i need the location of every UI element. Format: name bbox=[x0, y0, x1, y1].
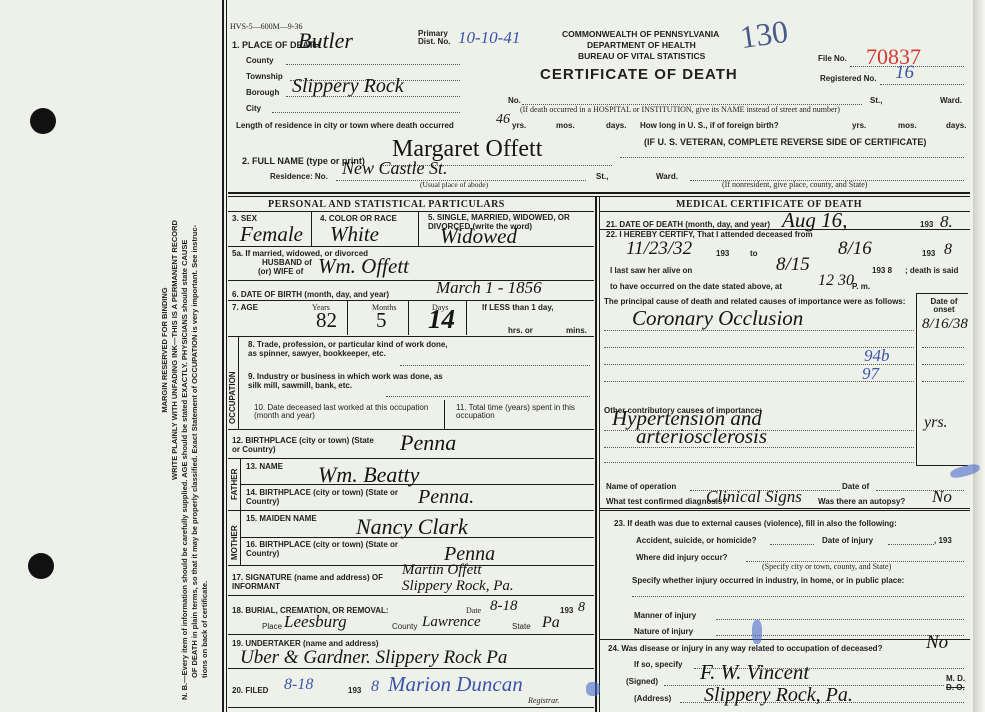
rule bbox=[240, 484, 594, 485]
burial-year-suffix: 8 bbox=[578, 600, 585, 616]
residence-subnote: (Usual place of abode) bbox=[420, 180, 488, 189]
age-label: 7. AGE bbox=[232, 303, 258, 312]
rule bbox=[228, 458, 594, 459]
rule bbox=[347, 301, 348, 335]
where-injury-note: (Specify city or town, county, and State… bbox=[762, 562, 891, 571]
foreign-birth-label: How long in U. S., if of foreign birth? bbox=[640, 121, 779, 130]
informant-address: Slippery Rock, Pa. bbox=[402, 578, 514, 595]
county-label: County bbox=[246, 56, 274, 65]
borough-label: Borough bbox=[246, 88, 279, 97]
father-name-label: 13. NAME bbox=[246, 462, 283, 471]
center-divider bbox=[595, 197, 597, 712]
registrar-label: Registrar. bbox=[528, 696, 559, 705]
foreign-days-label: days. bbox=[946, 121, 966, 130]
burial-county-value: Lawrence bbox=[422, 614, 481, 631]
father-birthplace-label: 14. BIRTHPLACE (city or town) (State or … bbox=[246, 488, 426, 506]
q8-line bbox=[400, 365, 590, 366]
burial-county-label: County bbox=[392, 622, 417, 631]
mother-vertical-label: MOTHER bbox=[230, 525, 239, 560]
rule bbox=[240, 537, 594, 538]
margin-rule bbox=[222, 0, 224, 712]
registered-no-label: Registered No. bbox=[820, 74, 876, 83]
rule bbox=[408, 301, 409, 335]
filed-year-suffix: 8 bbox=[371, 678, 379, 696]
dob-value: March 1 - 1856 bbox=[436, 278, 542, 298]
foreign-mos-label: mos. bbox=[898, 121, 917, 130]
ink-stain bbox=[586, 682, 600, 696]
to-year-prefix: 193 bbox=[922, 249, 935, 258]
manner-of-injury-label: Manner of injury bbox=[634, 611, 696, 620]
burial-date-value: 8-18 bbox=[490, 598, 518, 615]
death-certificate-page: MARGIN RESERVED FOR BINDING WRITE PLAINL… bbox=[0, 0, 985, 712]
injury-year: , 193 bbox=[934, 536, 952, 545]
primary-dist-value: 10-10-41 bbox=[458, 28, 520, 48]
full-name-line-2 bbox=[620, 157, 964, 158]
mins-label: mins. bbox=[566, 326, 587, 335]
rule bbox=[228, 595, 594, 596]
age-years-value: 82 bbox=[316, 308, 337, 333]
registered-no-value: 16 bbox=[895, 62, 914, 84]
test-confirmed-value: Clinical Signs bbox=[706, 487, 802, 507]
onset-line-2 bbox=[922, 347, 964, 348]
other-onset-value: yrs. bbox=[924, 414, 948, 432]
street-st-label: St., bbox=[870, 96, 882, 105]
filed-label: 20. FILED bbox=[232, 686, 268, 695]
undertaker-value: Uber & Gardner. Slippery Rock Pa bbox=[240, 647, 507, 669]
age-months-value: 5 bbox=[376, 308, 387, 333]
binder-hole-bottom bbox=[28, 553, 54, 579]
county-line bbox=[286, 64, 460, 65]
onset-box-left bbox=[916, 293, 917, 465]
rule bbox=[228, 336, 594, 337]
ink-stain bbox=[752, 620, 762, 644]
borough-value: Slippery Rock bbox=[292, 75, 404, 98]
do-label: D. O. bbox=[946, 683, 965, 692]
hrs-label: hrs. or bbox=[508, 326, 533, 335]
rule bbox=[418, 212, 419, 246]
q24-occupation-related: 24. Was disease or injury in any way rel… bbox=[608, 644, 882, 653]
manner-line bbox=[716, 619, 964, 620]
residence-st-label: St., bbox=[596, 172, 608, 181]
residence-value: New Castle St. bbox=[342, 158, 448, 179]
rule bbox=[600, 639, 970, 640]
last-saw-value: 8/15 bbox=[776, 254, 810, 276]
rule bbox=[228, 300, 594, 301]
to-year-suffix: 8 bbox=[944, 241, 952, 259]
margin-line-5: tions on back of certificate. bbox=[200, 0, 210, 700]
section-rule-top bbox=[228, 192, 970, 194]
onset-value: 8/16/38 bbox=[922, 316, 968, 333]
specify-injury-label: Specify whether injury occurred in indus… bbox=[632, 576, 904, 585]
street-no-label: No. bbox=[508, 96, 521, 105]
header-commonwealth: COMMONWEALTH OF PENNSYLVANIA bbox=[562, 29, 719, 39]
margin-line-3: N. B.—Every item of information should b… bbox=[180, 0, 190, 700]
autopsy-value: No bbox=[932, 487, 952, 507]
other-line-2 bbox=[604, 447, 914, 448]
q24-answer: No bbox=[926, 632, 948, 654]
spouse-label-2: HUSBAND of bbox=[262, 258, 312, 267]
hospital-note: (If death occurred in a HOSPITAL or INST… bbox=[520, 105, 840, 114]
physician-address-label: (Address) bbox=[634, 694, 671, 703]
rule bbox=[311, 212, 312, 246]
where-injury-label: Where did injury occur? bbox=[636, 553, 728, 562]
last-saw-year: 193 8 bbox=[872, 266, 892, 275]
mother-birthplace-label: 16. BIRTHPLACE (city or town) (State or … bbox=[246, 540, 426, 558]
filed-date-value: 8-18 bbox=[284, 676, 313, 694]
address-line bbox=[680, 702, 964, 703]
rule bbox=[228, 668, 594, 669]
cause-line-4 bbox=[604, 381, 914, 382]
md-label: M. D. bbox=[946, 674, 965, 683]
informant-name: Martin Offett bbox=[402, 562, 482, 579]
certificate-title: CERTIFICATE OF DEATH bbox=[540, 66, 738, 83]
onset-box-bottom bbox=[916, 465, 968, 466]
residence-years-value: 46 bbox=[496, 112, 510, 128]
if-so-label: If so, specify bbox=[634, 660, 682, 669]
cause-line-1 bbox=[604, 330, 914, 331]
q11-total-time: 11. Total time (years) spent in this occ… bbox=[456, 404, 576, 420]
q8-occupation: 8. Trade, profession, or particular kind… bbox=[248, 340, 448, 358]
form-code: HVS-5—600M—9-36 bbox=[230, 22, 302, 31]
attended-from-value: 11/23/32 bbox=[626, 238, 692, 260]
principal-cause-label: The principal cause of death and related… bbox=[604, 297, 914, 306]
principal-cause-value: Coronary Occlusion bbox=[632, 306, 803, 331]
physician-signature: F. W. Vincent bbox=[700, 660, 809, 685]
filed-year-prefix: 193 bbox=[348, 686, 361, 695]
margin-line-4: OF DEATH in plain terms, so that it may … bbox=[190, 0, 200, 700]
registered-no-line bbox=[880, 84, 964, 85]
q9-line bbox=[386, 396, 590, 397]
rule bbox=[600, 510, 970, 511]
veteran-note: (IF U. S. VETERAN, COMPLETE REVERSE SIDE… bbox=[644, 137, 926, 147]
city-line bbox=[272, 112, 460, 113]
specify-injury-line bbox=[632, 596, 964, 597]
margin-line-2: WRITE PLAINLY WITH UNFADING INK—THIS IS … bbox=[170, 0, 180, 700]
nature-of-injury-label: Nature of injury bbox=[634, 627, 693, 636]
injury-date-label: Date of injury bbox=[822, 536, 873, 545]
operation-date-label: Date of bbox=[842, 482, 869, 491]
county-value: Butler bbox=[298, 28, 353, 54]
spouse-label-3: (or) WIFE of bbox=[258, 267, 303, 276]
rule bbox=[228, 510, 594, 511]
header-department: DEPARTMENT OF HEALTH bbox=[587, 40, 696, 50]
from-year: 193 bbox=[716, 249, 729, 258]
burial-year-prefix: 193 bbox=[560, 606, 573, 615]
father-vertical-label: FATHER bbox=[230, 469, 239, 500]
foreign-yrs-label: yrs. bbox=[852, 121, 866, 130]
race-value: White bbox=[330, 222, 379, 247]
rule bbox=[444, 400, 445, 429]
last-saw-label: I last saw her alive on bbox=[610, 266, 692, 275]
mother-name-label: 15. MAIDEN NAME bbox=[246, 514, 317, 523]
rule bbox=[228, 707, 594, 708]
residence-mos-label: mos. bbox=[556, 121, 575, 130]
physician-address-value: Slippery Rock, Pa. bbox=[704, 684, 853, 707]
primary-dist-label: Primary Dist. No. bbox=[418, 30, 458, 46]
nonresident-note: (If nonresident, give place, county, and… bbox=[722, 180, 867, 189]
residence-length-label: Length of residence in city or town wher… bbox=[236, 121, 454, 130]
burial-place-label: Place bbox=[262, 622, 282, 631]
borough-line bbox=[286, 96, 460, 97]
birthplace-label: 12. BIRTHPLACE (city or town) (State or … bbox=[232, 436, 382, 454]
rule bbox=[240, 511, 241, 566]
signed-label: (Signed) bbox=[626, 677, 658, 686]
spouse-value: Wm. Offett bbox=[318, 254, 409, 279]
q23-external-causes: 23. If death was due to external causes … bbox=[614, 519, 897, 528]
time-value: 12 30 bbox=[818, 272, 854, 290]
rule bbox=[228, 246, 594, 247]
margin-rule-2 bbox=[226, 0, 227, 712]
dob-label: 6. DATE OF BIRTH (month, day, and year) bbox=[232, 290, 389, 299]
ward-label: Ward. bbox=[940, 96, 962, 105]
rule bbox=[228, 211, 594, 212]
registrar-signature: Marion Duncan bbox=[388, 672, 523, 697]
onset-line-3 bbox=[922, 364, 964, 365]
burial-state-label: State bbox=[512, 622, 531, 631]
death-said-label: ; death is said bbox=[905, 266, 958, 275]
township-label: Township bbox=[246, 72, 283, 81]
personal-section-title: PERSONAL AND STATISTICAL PARTICULARS bbox=[268, 199, 505, 210]
binding-margin-text: MARGIN RESERVED FOR BINDING WRITE PLAINL… bbox=[160, 0, 210, 700]
page-edge bbox=[973, 0, 985, 712]
autopsy-label: Was there an autopsy? bbox=[818, 497, 905, 506]
informant-label: 17. SIGNATURE (name and address) OF INFO… bbox=[232, 573, 402, 591]
q9-industry: 9. Industry or business in which work wa… bbox=[248, 372, 448, 390]
handwritten-number: 130 bbox=[738, 13, 791, 56]
rule bbox=[228, 634, 594, 635]
onset-box-top bbox=[916, 293, 968, 294]
time-occurred-label: to have occurred on the date stated abov… bbox=[610, 282, 782, 291]
onset-line-4 bbox=[922, 381, 964, 382]
burial-state-value: Pa bbox=[542, 614, 560, 632]
cause-code-1: 94b bbox=[864, 346, 890, 366]
other-cause-2: arteriosclerosis bbox=[636, 424, 767, 449]
operation-label: Name of operation bbox=[606, 482, 676, 491]
binder-hole-top bbox=[30, 108, 56, 134]
sex-value: Female bbox=[240, 222, 303, 247]
residence-days-label: days. bbox=[606, 121, 626, 130]
father-birthplace-value: Penna. bbox=[418, 486, 474, 509]
time-suffix: P. m. bbox=[852, 282, 870, 291]
center-divider-2 bbox=[599, 197, 600, 712]
other-line-3 bbox=[604, 462, 914, 463]
accident-line bbox=[770, 544, 814, 545]
margin-line-1: MARGIN RESERVED FOR BINDING bbox=[160, 0, 170, 700]
attended-to-value: 8/16 bbox=[838, 238, 872, 260]
injury-date-line bbox=[888, 544, 934, 545]
city-label: City bbox=[246, 104, 261, 113]
onset-label: Date of onset bbox=[926, 298, 962, 314]
rule bbox=[466, 301, 467, 335]
date-of-death-label: 21. DATE OF DEATH (month, day, and year) bbox=[606, 220, 770, 229]
residence-yrs-label: yrs. bbox=[512, 121, 526, 130]
rule bbox=[238, 337, 239, 429]
age-days-value: 14 bbox=[428, 304, 455, 335]
residence-label: Residence: No. bbox=[270, 172, 328, 181]
less-than-day-label: If LESS than 1 day, bbox=[482, 303, 553, 312]
residence-ward-label: Ward. bbox=[656, 172, 678, 181]
burial-place-value: Leesburg bbox=[284, 612, 347, 632]
q10-last-worked: 10. Date deceased last worked at this oc… bbox=[254, 404, 434, 420]
dod-year-prefix: 193 bbox=[920, 220, 933, 229]
birthplace-value: Penna bbox=[400, 430, 456, 456]
file-no-label: File No. bbox=[818, 54, 847, 63]
header-bureau: BUREAU OF VITAL STATISTICS bbox=[578, 51, 705, 61]
to-label: to bbox=[750, 249, 758, 258]
rule bbox=[600, 508, 970, 509]
accident-label: Accident, suicide, or homicide? bbox=[636, 536, 756, 545]
occupation-vertical-label: OCCUPATION bbox=[228, 371, 237, 424]
